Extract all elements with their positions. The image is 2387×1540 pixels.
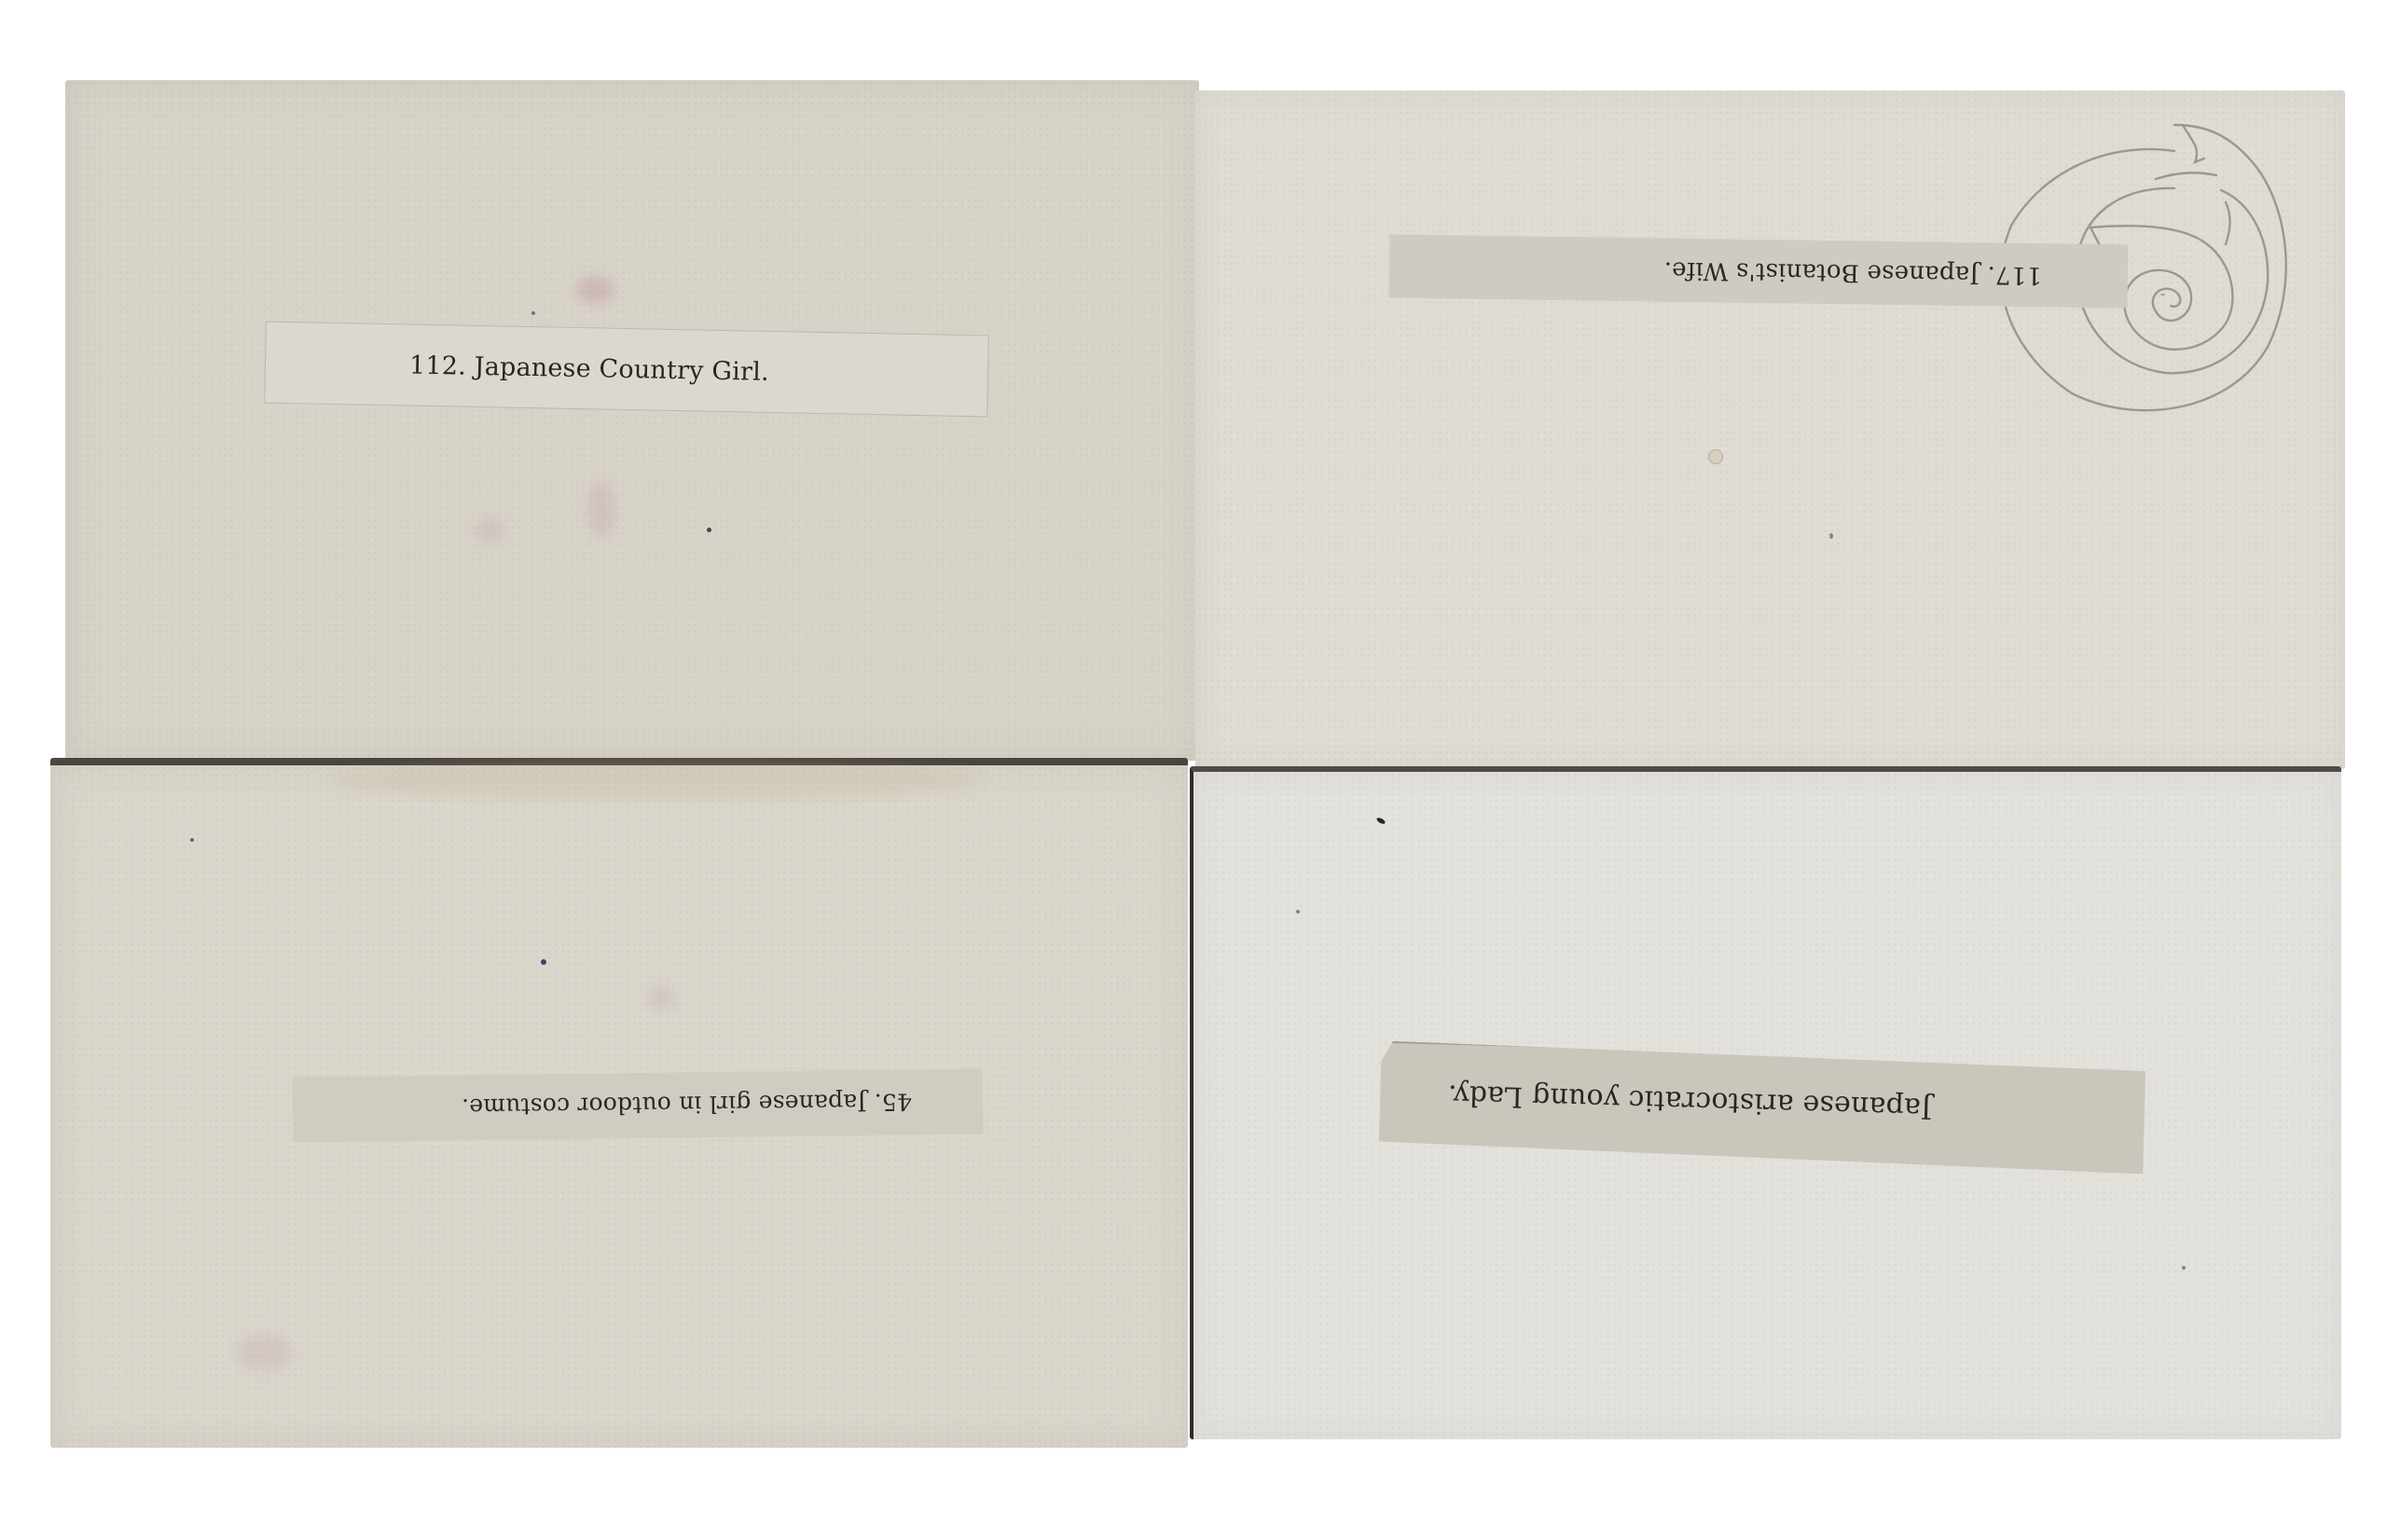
caption-text: 117. Japanese Botanist's Wife.: [1663, 256, 2042, 290]
ink-stain: [237, 1334, 293, 1371]
ink-mark: [1375, 817, 1386, 825]
dust-speck: [707, 528, 711, 532]
card-top-left: 112. Japanese Country Girl.: [65, 80, 1199, 761]
caption-strip: Japanese aristocratic young Lady.: [1378, 1041, 2146, 1175]
caption-strip: 45. Japanese girl in outdoor costume.: [293, 1068, 984, 1142]
card-bottom-left: 45. Japanese girl in outdoor costume.: [50, 758, 1188, 1448]
dust-speck: [190, 838, 194, 842]
ink-stain: [587, 481, 615, 537]
dust-speck: [531, 311, 535, 315]
paper-blemish: [1708, 449, 1723, 464]
dust-speck: [1829, 533, 1833, 539]
ink-stain: [647, 987, 675, 1010]
dust-speck: [2182, 1266, 2186, 1270]
ink-stain: [476, 518, 504, 543]
photo-stage: 112. Japanese Country Girl. 117. Japanes…: [0, 0, 2387, 1540]
dust-speck: [2160, 294, 2165, 296]
caption-text: 45. Japanese girl in outdoor costume.: [462, 1089, 912, 1121]
foxing-stain: [330, 762, 983, 799]
paper-texture: [65, 80, 1199, 761]
ink-stain: [576, 276, 614, 304]
card-top-right: 117. Japanese Botanist's Wife.: [1195, 90, 2345, 769]
caption-text: Japanese aristocratic young Lady.: [1447, 1079, 1932, 1124]
ink-dot: [541, 959, 546, 965]
caption-strip: 112. Japanese Country Girl.: [264, 322, 989, 418]
dust-speck: [1296, 910, 1300, 914]
caption-strip: 117. Japanese Botanist's Wife.: [1389, 234, 2129, 308]
card-bottom-right: Japanese aristocratic young Lady.: [1190, 766, 2341, 1439]
caption-text: 112. Japanese Country Girl.: [409, 351, 769, 386]
